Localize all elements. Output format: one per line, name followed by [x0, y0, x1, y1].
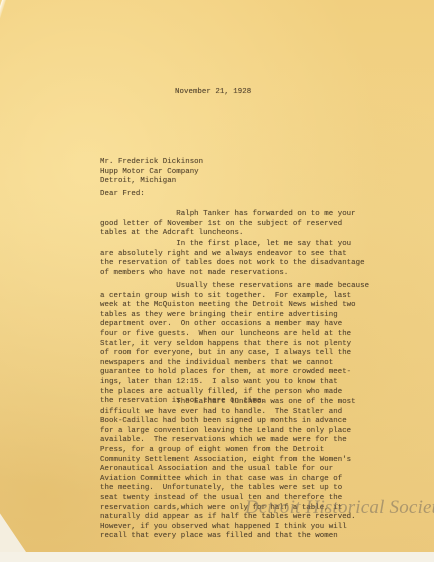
text-line: good letter of November 1st on the subje… [100, 220, 356, 230]
scan-background-strip [0, 552, 434, 562]
text-line: Ralph Tanker has forwarded on to me your [100, 210, 356, 220]
paragraph-3: Usually these reservations are made beca… [100, 282, 369, 407]
text-line: The Earhart luncheon was one of the most [100, 398, 356, 408]
text-line: difficult we have ever had to handle. Th… [100, 408, 356, 418]
letter-date: November 21, 1928 [175, 88, 251, 98]
text-line: are absolutely right and we always endea… [100, 250, 365, 260]
paragraph-2: In the first place, let me say that youa… [100, 240, 365, 278]
text-line: Usually these reservations are made beca… [100, 282, 369, 292]
text-line: Press, for a group of eight women from t… [100, 446, 356, 456]
text-line: However, if you observed what happened I… [100, 523, 356, 533]
recipient-address: Mr. Frederick DickinsonHupp Motor Car Co… [100, 158, 203, 187]
text-line: department over. On other occasions a me… [100, 320, 369, 330]
text-line: Aeronautical Association and the usual t… [100, 465, 356, 475]
address-line: Hupp Motor Car Company [100, 168, 203, 178]
text-line: In the first place, let me say that you [100, 240, 365, 250]
text-line: the reservation of tables does not work … [100, 259, 365, 269]
paragraph-1: Ralph Tanker has forwarded on to me your… [100, 210, 356, 239]
text-line: Community Settlement Association, eight … [100, 456, 356, 466]
watermark: Detroit Historical Society [245, 497, 434, 519]
text-line: of room for everyone, but in any case, I… [100, 349, 369, 359]
paragraph-4: The Earhart luncheon was one of the most… [100, 398, 356, 542]
text-line: tables at the Adcraft luncheons. [100, 229, 356, 239]
text-line: Aviation Committee which in that case wa… [100, 475, 356, 485]
text-line: Statler, it very seldom happens that the… [100, 340, 369, 350]
text-line: four or five guests. When our luncheons … [100, 330, 369, 340]
text-line: available. The reservations which we mad… [100, 436, 356, 446]
text-line: ings, later than 12:15. I also want you … [100, 378, 369, 388]
text-line: the meeting. Unfortunately, the tables w… [100, 484, 356, 494]
text-line: for a large convention leaving the Lelan… [100, 427, 356, 437]
text-line: recall that every place was filled and t… [100, 532, 356, 542]
text-line: newspapers and the individual members th… [100, 359, 369, 369]
text-line: tables as they were bringing their entir… [100, 311, 369, 321]
text-line: Book-Cadillac had both been signed up mo… [100, 417, 356, 427]
address-line: Detroit, Michigan [100, 177, 203, 187]
salutation: Dear Fred: [100, 190, 145, 200]
text-line: a certain group wish to sit together. Fo… [100, 292, 369, 302]
address-line: Mr. Frederick Dickinson [100, 158, 203, 168]
text-line: week at the McQuiston meeting the Detroi… [100, 301, 369, 311]
text-line: of members who have not made reservation… [100, 269, 365, 279]
text-line: guarantee to hold places for them, at mo… [100, 368, 369, 378]
text-line: the places are actually filled, if the p… [100, 388, 369, 398]
